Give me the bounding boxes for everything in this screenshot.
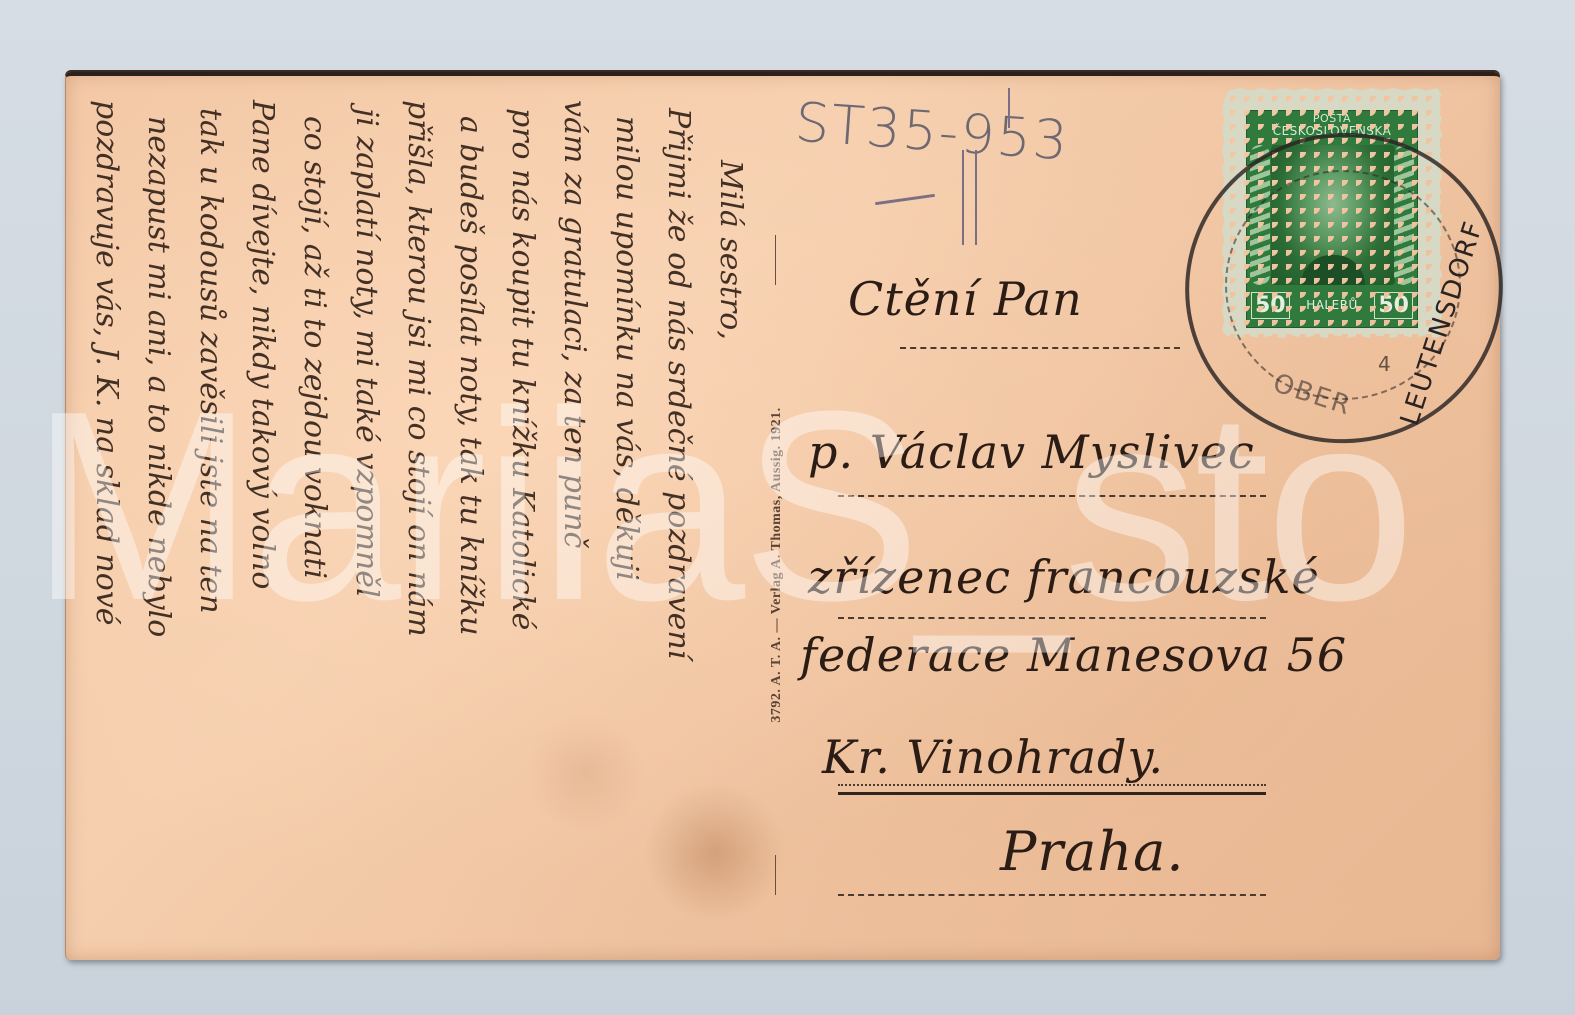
pencil-stroke bbox=[962, 150, 964, 245]
address-line-2 bbox=[838, 495, 1266, 497]
publisher-imprint-text: 3792. A. T. A. — Verlag A. Thomas, Aussi… bbox=[769, 407, 785, 722]
message-line: pro nás koupit tu knížku Katolické bbox=[505, 108, 540, 630]
pencil-stroke bbox=[1008, 88, 1010, 128]
divider-line-bottom bbox=[775, 855, 776, 895]
message-line: co stojí, až ti to zejdou voknati bbox=[297, 116, 332, 579]
divider-line-top bbox=[775, 235, 776, 285]
message-line: Pane dívejte, nikdy takový volno bbox=[245, 100, 280, 589]
address-line-1 bbox=[900, 347, 1180, 349]
address-line2: zřízenec francouzské bbox=[808, 550, 1320, 604]
message-line: přišla, kterou jsi mi co stojí on nám bbox=[401, 100, 436, 637]
address-underline bbox=[838, 792, 1266, 795]
postmark-date: 4 bbox=[1378, 352, 1393, 376]
message-line: a budeš posílat noty, tak tu knížku bbox=[453, 116, 488, 636]
address-line-3 bbox=[838, 617, 1266, 619]
message-line: pozdravuje vás, J. K. na sklad nové bbox=[89, 100, 124, 626]
message-line: ji zaplatí noty, mi také vzpomněl bbox=[349, 108, 384, 598]
message-line: vám za gratulaci, za ten punč bbox=[557, 100, 592, 548]
message-line: milou upomínku na vás, děkuji bbox=[609, 116, 644, 581]
message-line: Milá sestro, bbox=[713, 160, 748, 340]
address-district: Kr. Vinohrady. bbox=[822, 730, 1164, 784]
address-name: p. Václav Myslivec bbox=[808, 425, 1255, 479]
address-line-4 bbox=[838, 784, 1266, 786]
message-line: Přijmi že od nás srdečné pozdravení bbox=[661, 108, 696, 659]
address-line3: federace Manesova 56 bbox=[800, 628, 1347, 682]
address-line-5 bbox=[838, 894, 1266, 896]
address-salutation: Ctění Pan bbox=[848, 272, 1083, 326]
publisher-imprint: 3792. A. T. A. — Verlag A. Thomas, Aussi… bbox=[762, 235, 792, 895]
address-city: Praha. bbox=[1000, 820, 1184, 883]
message-line: tak u kodousů zavěsili jste na ten bbox=[193, 108, 228, 614]
message-line: nezapust mi ani, a to nikde nebylo bbox=[141, 116, 176, 637]
pencil-stroke bbox=[975, 150, 977, 245]
